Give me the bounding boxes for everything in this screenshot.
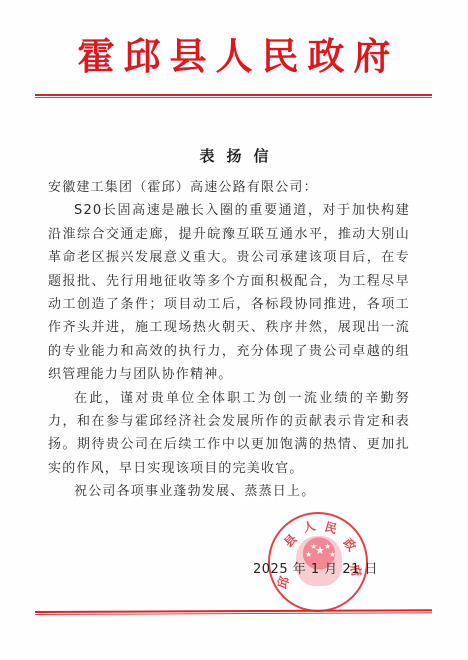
letter-body: 安徽建工集团（霍邱）高速公路有限公司： S20长固高速是融长入圈的重要通道，对于… [48,176,410,504]
document-title: 表扬信 [0,145,468,166]
issuer-heading: 霍邱县人民政府 [0,38,468,75]
header-red-rule [35,94,432,98]
salutation: 安徽建工集团（霍邱）高速公路有限公司： [48,176,410,199]
closing-wish: 祝公司各项事业蓬勃发展、蒸蒸日上。 [48,480,410,503]
footer-red-rule [35,609,432,615]
signature-date: 2025 年 1 月 21 日 [253,558,378,577]
body-paragraph: S20长固高速是融长入圈的重要通道，对于加快构建沿淮综合交通走廊，提升皖豫互联互… [48,199,410,386]
body-paragraph: 在此，谨对贵单位全体职工为创一流业绩的辛勤努力，和在参与霍邱经济社会发展所作的贡… [48,387,410,481]
letter-page: 霍邱县人民政府 表扬信 安徽建工集团（霍邱）高速公路有限公司： S20长固高速是… [0,0,468,660]
